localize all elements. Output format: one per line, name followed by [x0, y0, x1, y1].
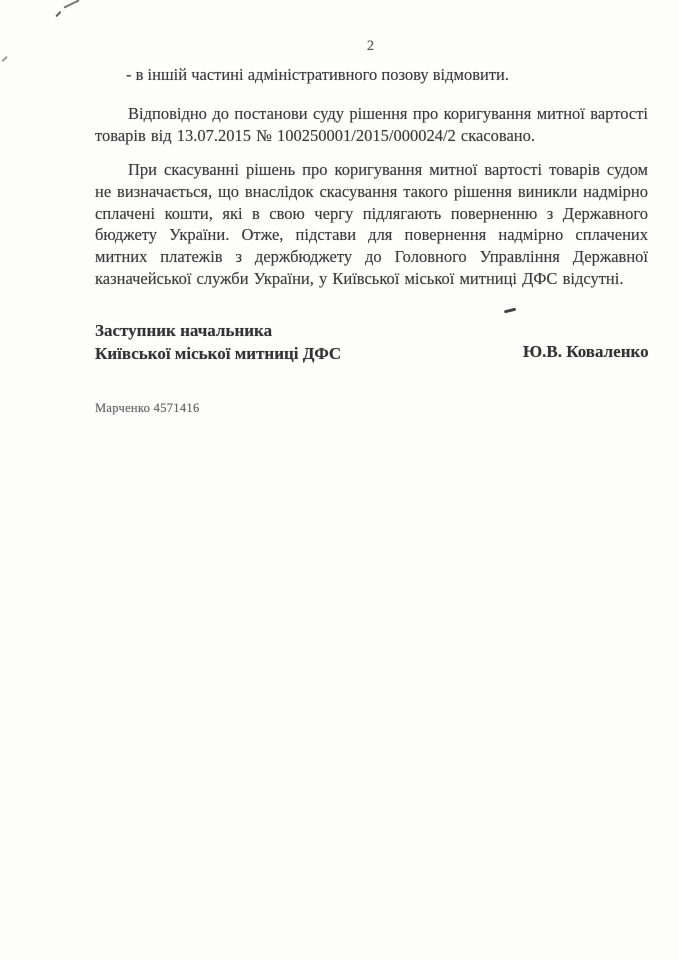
signature-block: Заступник начальника Київської міської м… [95, 319, 648, 365]
scanned-document-page: 2 - в іншій частині адміністративного по… [0, 0, 679, 960]
pen-mark [63, 0, 79, 9]
paragraph-refund-refusal: При скасуванні рішень про коригування ми… [95, 159, 648, 290]
pen-mark [1, 56, 7, 62]
executor-note: Марченко 4571416 [95, 401, 200, 416]
pen-mark [55, 11, 62, 18]
paragraph-court-ruling: Відповідно до постанови суду рішення про… [95, 103, 648, 147]
pen-mark [504, 308, 516, 313]
signee-position-line1: Заступник начальника [95, 319, 648, 342]
page-number: 2 [95, 38, 647, 55]
dismiss-claim-line: - в іншій частині адміністративного позо… [95, 64, 655, 86]
signee-name: Ю.В. Коваленко [523, 340, 653, 363]
